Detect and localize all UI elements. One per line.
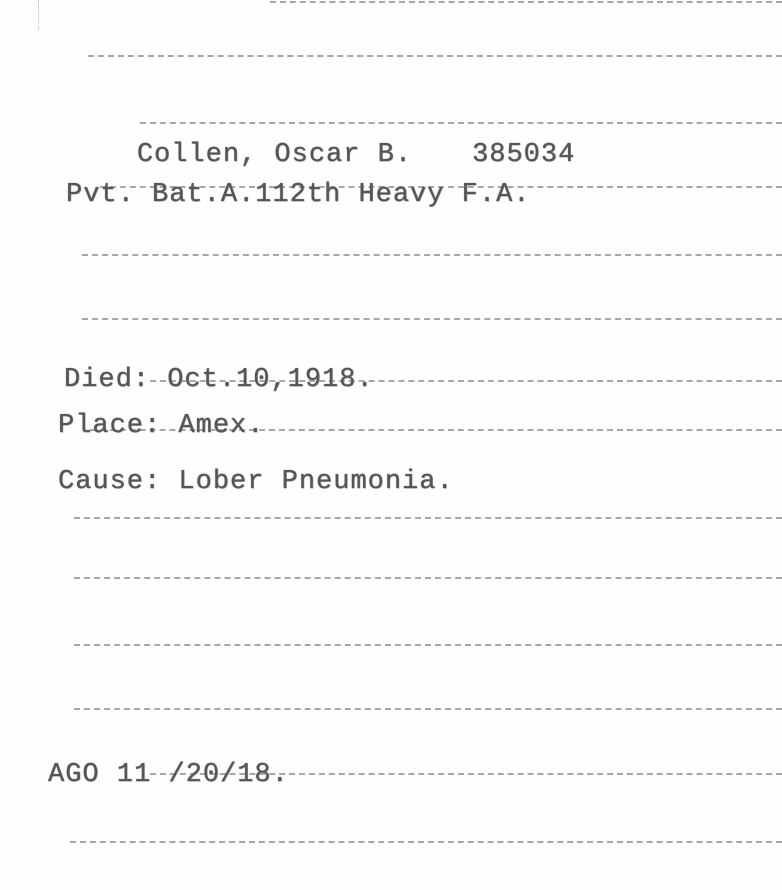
rule-line [70,841,782,843]
unit-line: Pvt. Bat.A.112th Heavy F.A. [66,180,530,210]
rule-line [74,577,782,579]
cause-line: Cause: Lober Pneumonia. [58,467,454,497]
died-line: Died: Oct.10,1918. [64,365,374,395]
index-card: Collen, Oscar B.385034 Pvt. Bat.A.112th … [0,0,782,890]
rule-line [74,708,782,710]
ago-line: AGO 11 /20/18. [48,760,289,790]
rule-line [82,318,782,320]
rule-line [88,55,782,57]
rule-line [74,517,782,519]
place-line: Place: Amex. [58,411,264,441]
rule-line [82,254,782,256]
serial-number: 385034 [472,140,575,170]
margin-mark [38,0,39,30]
rule-line [270,1,782,3]
rule-line [74,644,782,646]
soldier-name: Collen, Oscar B. [137,140,412,170]
